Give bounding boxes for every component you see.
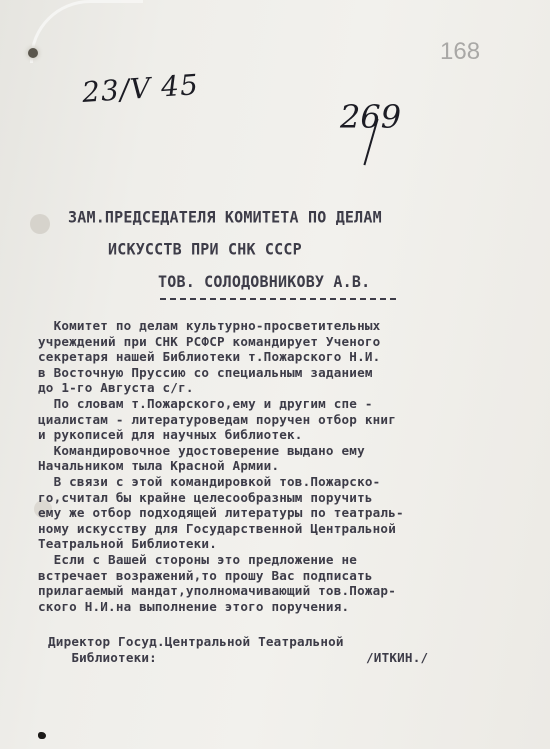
body-line: ному искусству для Государственной Центр…: [38, 521, 396, 536]
body-line: циалистам - литературоведам поручен отбо…: [38, 412, 396, 427]
body-line: Начальником тыла Красной Армии.: [38, 458, 279, 473]
body-line: В связи с этой командировкой тов.Пожарск…: [38, 474, 380, 489]
handwritten-reference-number: 269: [340, 98, 401, 136]
addressee-underline: [160, 298, 396, 300]
ink-blot: [38, 732, 46, 739]
body-line: го,считал бы крайне целесообразным поруч…: [38, 490, 373, 505]
body-line: Театральной Библиотеки.: [38, 536, 217, 551]
binding-hole: [28, 48, 38, 58]
body-line: ского Н.И.на выполнение этого поручения.: [38, 599, 349, 614]
body-line: встречает возражений,то прошу Вас подпис…: [38, 568, 373, 583]
body-line: в Восточную Пруссию со специальным задан…: [38, 365, 373, 380]
body-line: ему же отбор подходящей литературы по те…: [38, 505, 404, 520]
binding-string: [30, 0, 143, 63]
body-line: и рукописей для научных библиотек.: [38, 427, 303, 442]
body-line: учреждений при СНК РСФСР командирует Уче…: [38, 334, 380, 349]
body-line: Комитет по делам культурно-просветительн…: [38, 318, 380, 333]
body-line: Командировочное удостоверение выдано ему: [38, 443, 365, 458]
document-page: 23/V 45 269 168 ЗАМ.ПРЕДСЕДАТЕЛЯ КОМИТЕТ…: [0, 0, 550, 749]
signature-title: Директор Госуд.Центральной Театральной: [48, 634, 344, 649]
body-line: Если с Вашей стороны это предложение не: [38, 552, 357, 567]
addressee-line-2: ИСКУССТВ ПРИ СНК СССР: [108, 240, 302, 259]
punch-hole-mark: [30, 214, 50, 234]
body-line: По словам т.Пожарского,ему и другим спе …: [38, 396, 373, 411]
addressee-line-3: ТОВ. СОЛОДОВНИКОВУ А.В.: [158, 273, 370, 292]
handwritten-date: 23/V 45: [81, 68, 200, 109]
body-line: секретаря нашей Библиотеки т.Пожарского …: [38, 349, 380, 364]
signature-title-2: Библиотеки:: [48, 650, 157, 665]
body-line: до 1-го Августа с/г.: [38, 380, 194, 395]
addressee-line-1: ЗАМ.ПРЕДСЕДАТЕЛЯ КОМИТЕТА ПО ДЕЛАМ: [68, 208, 382, 227]
folio-number: 168: [440, 38, 480, 66]
signature-name: /ИТКИН./: [366, 650, 428, 665]
body-line: прилагаемый мандат,уполномачивающий тов.…: [38, 583, 396, 598]
